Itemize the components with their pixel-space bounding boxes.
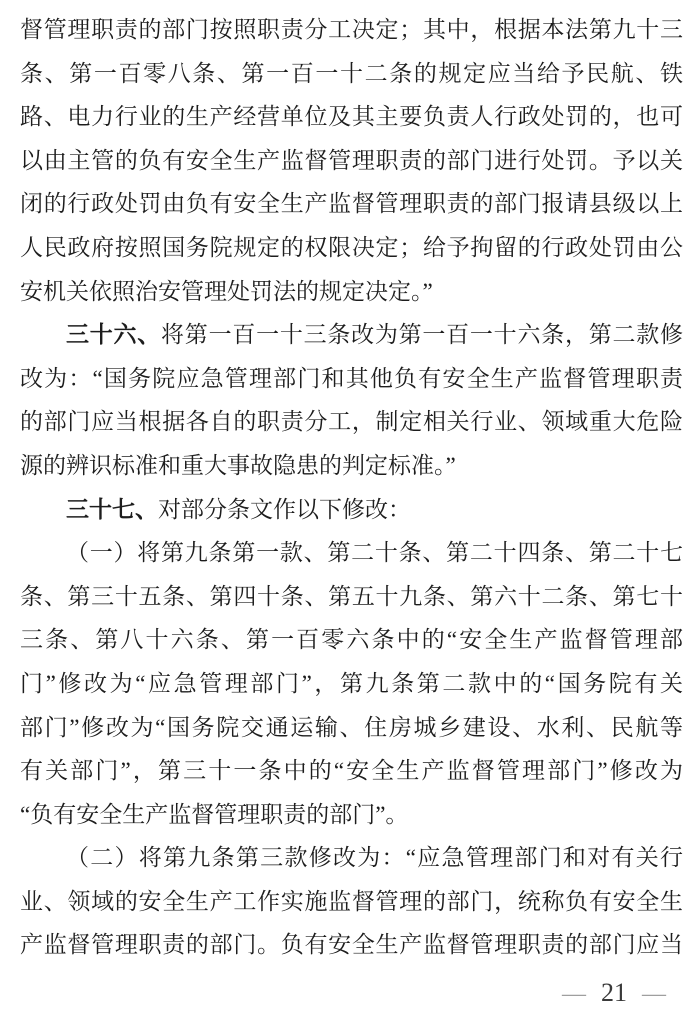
document-line: 路、电力行业的生产经营单位及其主要负责人行政处罚的，也可 xyxy=(20,95,683,139)
page-number-value: 21 xyxy=(601,978,627,1007)
document-line: 源的辨识标准和重大事故隐患的判定标准。” xyxy=(20,444,683,488)
document-line: 闭的行政处罚由负有安全生产监督管理职责的部门报请县级以上 xyxy=(20,182,683,226)
document-line: 的部门应当根据各自的职责分工，制定相关行业、领域重大危险 xyxy=(20,400,683,444)
document-line: 业、领域的安全生产工作实施监督管理的部门，统称负有安全生 xyxy=(20,880,683,924)
document-line: 门”修改为“应急管理部门”，第九条第二款中的“国务院有关 xyxy=(20,662,683,706)
document-line: 人民政府按照国务院规定的权限决定；给予拘留的行政处罚由公 xyxy=(20,226,683,270)
document-line: 有关部门”，第三十一条中的“安全生产监督管理部门”修改为 xyxy=(20,749,683,793)
document-line-item-2: （二）将第九条第三款修改为：“应急管理部门和对有关行 xyxy=(20,836,683,880)
document-line-item-1: （一）将第九条第一款、第二十条、第二十四条、第二十七 xyxy=(20,531,683,575)
document-line: 以由主管的负有安全生产监督管理职责的部门进行处罚。予以关 xyxy=(20,139,683,183)
document-line: 产监督管理职责的部门。负有安全生产监督管理职责的部门应当 xyxy=(20,923,683,967)
document-line: 三条、第八十六条、第一百零六条中的“安全生产监督管理部 xyxy=(20,618,683,662)
document-line-section-37: 三十七、对部分条文作以下修改： xyxy=(20,488,683,532)
section-number: 三十七、 xyxy=(66,496,158,522)
document-line: “负有安全生产监督管理职责的部门”。 xyxy=(20,793,683,837)
document-line: 督管理职责的部门按照职责分工决定；其中，根据本法第九十三 xyxy=(20,8,683,52)
document-line-section-36: 三十六、将第一百一十三条改为第一百一十六条，第二款修 xyxy=(20,313,683,357)
line-text: 对部分条文作以下修改： xyxy=(158,497,411,522)
document-line: 安机关依照治安管理处罚法的规定决定。” xyxy=(20,270,683,314)
page-number: —21— xyxy=(562,978,666,1009)
document-page: 督管理职责的部门按照职责分工决定；其中，根据本法第九十三 条、第一百零八条、第一… xyxy=(0,0,690,1020)
document-line: 部门”修改为“国务院交通运输、住房城乡建设、水利、民航等 xyxy=(20,706,683,750)
document-body: 督管理职责的部门按照职责分工决定；其中，根据本法第九十三 条、第一百零八条、第一… xyxy=(20,8,683,967)
document-line: 条、第三十五条、第四十条、第五十九条、第六十二条、第七十 xyxy=(20,575,683,619)
document-line: 改为：“国务院应急管理部门和其他负有安全生产监督管理职责 xyxy=(20,357,683,401)
section-number: 三十六、 xyxy=(66,321,161,347)
page-number-dash-right: — xyxy=(642,981,666,1007)
page-number-dash-left: — xyxy=(562,981,586,1007)
line-text: 将第一百一十三条改为第一百一十六条，第二款修 xyxy=(161,322,683,347)
document-line: 条、第一百零八条、第一百一十二条的规定应当给予民航、铁 xyxy=(20,52,683,96)
